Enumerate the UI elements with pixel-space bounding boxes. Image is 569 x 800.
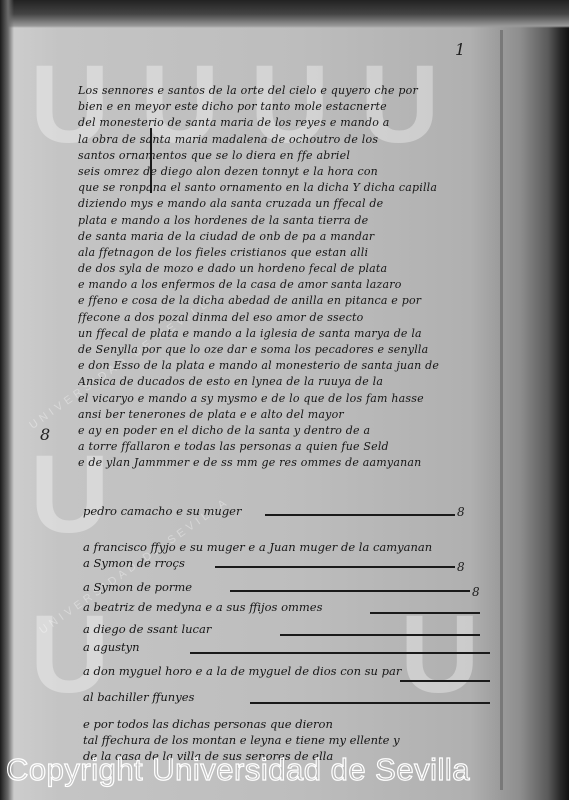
copyright-watermark: Copyright Universidad de Sevilla: [6, 752, 470, 788]
body-line: el vicaryo e mando a sy mysmo e de lo qu…: [78, 392, 498, 408]
body-line: de santa maria de la ciudad de onb de pa…: [78, 230, 498, 246]
entry-rule: [215, 566, 455, 568]
entry-rule: [280, 634, 480, 636]
entry-rule: [230, 590, 470, 592]
body-line: santos ornamentos que se lo diera en ffe…: [78, 149, 498, 165]
body-line: plata e mando a los hordenes de la santa…: [78, 214, 498, 230]
page-top-edge: [0, 0, 569, 28]
body-line: seis omrez de diego alon dezen tonnyt e …: [78, 165, 498, 181]
body-line: del monesterio de santa maria de los rey…: [78, 116, 498, 132]
list-entry: pedro camacho e su muger: [83, 504, 242, 518]
list-entry: a don myguel horo e a la de myguel de di…: [83, 664, 401, 678]
body-line: ala ffetnagon de los fieles cristianos q…: [78, 246, 498, 262]
body-line: Ansica de ducados de esto en lynea de la…: [78, 375, 498, 391]
folio-mark: 1: [455, 40, 465, 59]
body-line: que se ronpana el santo ornamento en la …: [78, 181, 498, 197]
closing-line: tal ffechura de los montan e leyna e tie…: [83, 733, 400, 747]
list-entry: a agustyn: [83, 640, 140, 654]
entry-rule: [190, 652, 490, 654]
list-entry: a diego de ssant lucar: [83, 622, 211, 636]
body-line: e don Esso de la plata e mando al monest…: [78, 359, 498, 375]
body-line: e mando a los enfermos de la casa de amo…: [78, 278, 498, 294]
body-line: a torre ffallaron e todas las personas a…: [78, 440, 498, 456]
watermark-monogram: U: [400, 600, 479, 710]
list-entry: a Symon de rroçs: [83, 556, 185, 570]
body-line: la obra de santa maria madalena de ochou…: [78, 133, 498, 149]
page-left-edge: [0, 0, 14, 800]
body-line: e ay en poder en el dicho de la santa y …: [78, 424, 498, 440]
body-line: de dos syla de mozo e dado un hordeno fe…: [78, 262, 498, 278]
body-line: de Senylla por que lo oze dar e soma los…: [78, 343, 498, 359]
list-entry: a Symon de porme: [83, 580, 192, 594]
entry-mark: 8: [457, 505, 465, 519]
entry-rule: [250, 702, 490, 704]
list-entry: a beatriz de medyna e a sus ffijos ommes: [83, 600, 323, 614]
body-line: diziendo mys e mando ala santa cruzada u…: [78, 197, 498, 213]
body-line: e de ylan Jammmer e de ss mm ge res omme…: [78, 456, 498, 472]
body-line: un ffecal de plata e mando a la iglesia …: [78, 327, 498, 343]
entry-rule: [400, 680, 490, 682]
closing-line: e por todos las dichas personas que dier…: [83, 717, 333, 731]
body-line: Los sennores e santos de la orte del cie…: [78, 84, 498, 100]
body-line: ffecone a dos pozal dinma del eso amor d…: [78, 311, 498, 327]
entry-rule: [370, 612, 480, 614]
body-line: bien e en meyor este dicho por tanto mol…: [78, 100, 498, 116]
list-entry: a francisco ffyjo e su muger e a Juan mu…: [83, 540, 432, 554]
entry-mark: 8: [457, 560, 465, 574]
manuscript-body: Los sennores e santos de la orte del cie…: [78, 84, 498, 473]
body-line: e ffeno e cosa de la dicha abedad de ani…: [78, 294, 498, 310]
body-line: ansi ber tenerones de plata e e alto del…: [78, 408, 498, 424]
entry-mark: 8: [472, 585, 480, 599]
entry-rule: [265, 514, 455, 516]
margin-note: 8: [40, 425, 50, 444]
page-fold: [500, 30, 503, 790]
list-entry: al bachiller ffunyes: [83, 690, 194, 704]
